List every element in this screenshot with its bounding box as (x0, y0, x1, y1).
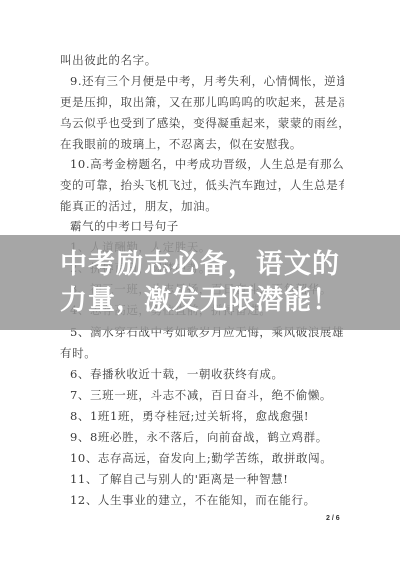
text-line: 叫出彼此的名字。 (60, 53, 344, 67)
text-line: 10、志存高远，奋发向上;勤学苦练，敢拼敢闯。 (70, 451, 344, 465)
text-line: 变的可靠，抬头飞机飞过，低头汽车跑过，人生总是有那么多路过才 (60, 178, 344, 192)
text-line: 7、三班一班，斗志不减，百日奋斗，绝不偷懒。 (70, 388, 344, 402)
text-line: 乌云似乎也受到了感染，变得凝重起来，蒙蒙的雨丝，不时有两点飘 (60, 116, 344, 130)
text-line: 6、春播秋收近十载，一朝收获终有成。 (70, 367, 344, 381)
text-line: 有时。 (60, 346, 344, 360)
text-line: 9、8班必胜，永不落后，向前奋战，鹤立鸡群。 (70, 430, 344, 444)
text-line: 12、人生事业的建立，不在能知，而在能行。 (70, 493, 344, 507)
text-line: 8、1班1班，勇夺桂冠;过关斩将，愈战愈强! (70, 409, 344, 423)
text-line: 10.高考金榜题名，中考成功晋级，人生总是有那么多的参考才会 (70, 157, 344, 171)
text-line: 在我眼前的玻璃上，不忍离去，似在安慰我。 (60, 137, 344, 151)
headline-banner: 中考励志必备，语文的 力量，激发无限潜能！ (0, 235, 400, 330)
page-number: 2 / 6 (326, 515, 340, 522)
text-line: 11、了解自己与别人的'距离是一种智慧! (70, 472, 344, 486)
text-line: 9.还有三个月便是中考，月考失利，心情惆怅，逆逢阴雨天，心情 (70, 74, 344, 88)
text-line: 霸气的中考口号句子 (70, 219, 344, 233)
headline-line-2: 力量，激发无限潜能！ (0, 284, 400, 318)
text-line: 更是压抑，取出箫，又在那儿呜呜呜的吹起来，甚是凄凉，那淡淡的 (60, 95, 344, 109)
headline-line-1: 中考励志必备，语文的 (0, 248, 400, 282)
text-line: 能真正的活过，朋友，加油。 (60, 199, 344, 213)
